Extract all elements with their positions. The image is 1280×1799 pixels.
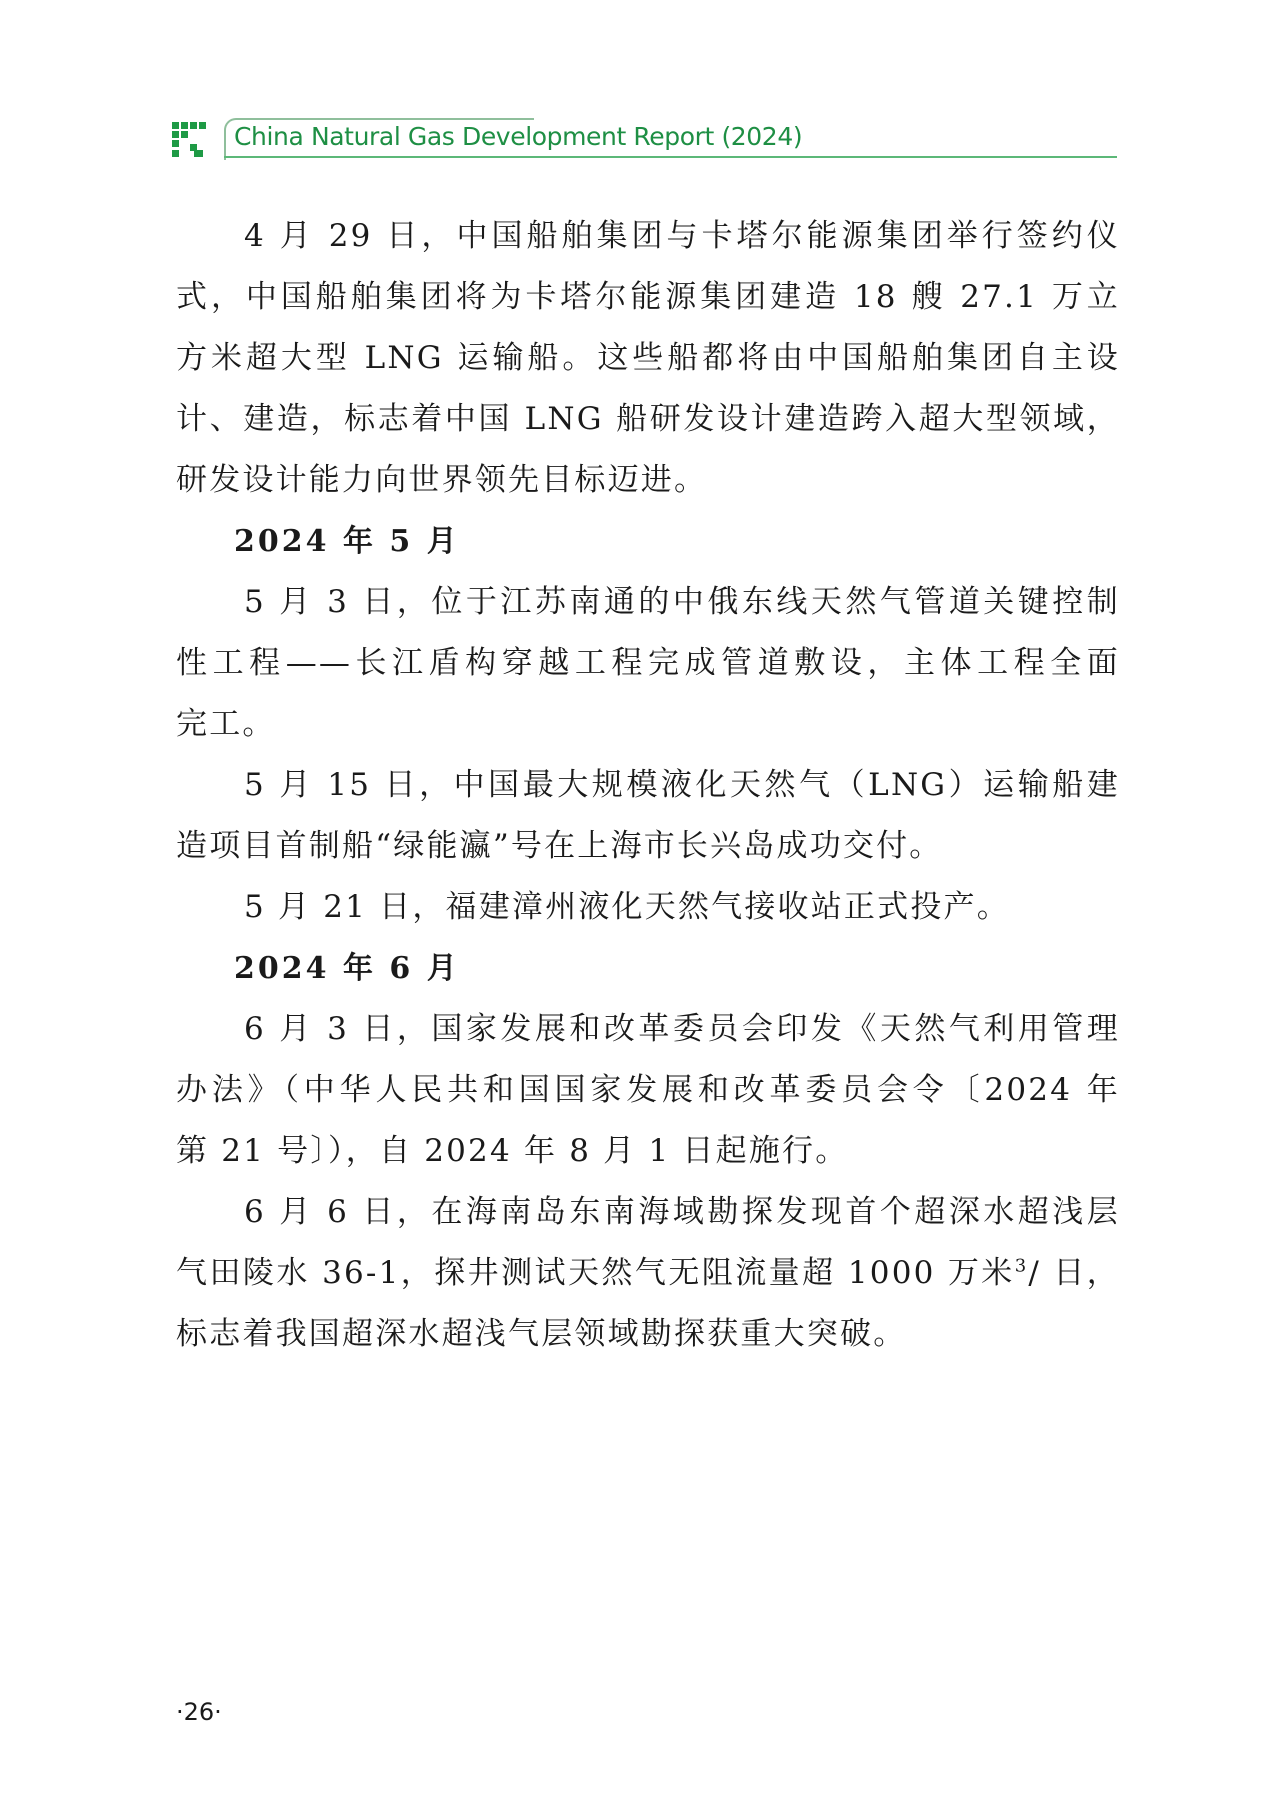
page-number: ·26· [176, 1698, 222, 1726]
section-heading-june-2024: 2024 年 6 月 [176, 938, 1120, 999]
page-content: 4 月 29 日，中国船舶集团与卡塔尔能源集团举行签约仪 式，中国船舶集团将为卡… [176, 206, 1120, 1365]
text-line: 5 月 21 日，福建漳州液化天然气接收站正式投产。 [176, 877, 1120, 938]
text-segment: 气田陵水 36-1，探井测试天然气无阻流量超 1000 万米 [176, 1255, 1015, 1291]
paragraph-apr-29: 4 月 29 日，中国船舶集团与卡塔尔能源集团举行签约仪 式，中国船舶集团将为卡… [176, 206, 1120, 511]
superscript-cubic: 3 [1015, 1256, 1029, 1277]
report-logo-icon [172, 122, 208, 158]
running-header: China Natural Gas Development Report (20… [172, 118, 1117, 160]
text-line: 计、建造，标志着中国 LNG 船研发设计建造跨入超大型领域， [176, 389, 1120, 450]
text-line: 5 月 15 日，中国最大规模液化天然气（LNG）运输船建 [176, 755, 1120, 816]
text-line: 造项目首制船“绿能瀛”号在上海市长兴岛成功交付。 [176, 816, 1120, 877]
document-page: China Natural Gas Development Report (20… [0, 0, 1280, 1799]
text-line: 方米超大型 LNG 运输船。这些船都将由中国船舶集团自主设 [176, 328, 1120, 389]
paragraph-may-15: 5 月 15 日，中国最大规模液化天然气（LNG）运输船建 造项目首制船“绿能瀛… [176, 755, 1120, 877]
text-line: 完工。 [176, 694, 1120, 755]
header-divider [224, 156, 1117, 158]
text-line: 第 21 号〕），自 2024 年 8 月 1 日起施行。 [176, 1121, 1120, 1182]
text-line: 式，中国船舶集团将为卡塔尔能源集团建造 18 艘 27.1 万立 [176, 267, 1120, 328]
text-line: 研发设计能力向世界领先目标迈进。 [176, 450, 1120, 511]
section-heading-may-2024: 2024 年 5 月 [176, 511, 1120, 572]
text-line: 4 月 29 日，中国船舶集团与卡塔尔能源集团举行签约仪 [176, 206, 1120, 267]
text-segment: / 日， [1028, 1255, 1120, 1291]
report-title: China Natural Gas Development Report (20… [234, 122, 802, 151]
text-line: 6 月 6 日，在海南岛东南海域勘探发现首个超深水超浅层 [176, 1182, 1120, 1243]
text-line-with-unit: 气田陵水 36-1，探井测试天然气无阻流量超 1000 万米3/ 日， [176, 1243, 1120, 1304]
text-line: 6 月 3 日，国家发展和改革委员会印发《天然气利用管理 [176, 999, 1120, 1060]
text-line: 办法》（中华人民共和国国家发展和改革委员会令〔2024 年 [176, 1060, 1120, 1121]
text-line: 性工程——长江盾构穿越工程完成管道敷设，主体工程全面 [176, 633, 1120, 694]
paragraph-june-3: 6 月 3 日，国家发展和改革委员会印发《天然气利用管理 办法》（中华人民共和国… [176, 999, 1120, 1182]
text-line: 5 月 3 日，位于江苏南通的中俄东线天然气管道关键控制 [176, 572, 1120, 633]
paragraph-may-3: 5 月 3 日，位于江苏南通的中俄东线天然气管道关键控制 性工程——长江盾构穿越… [176, 572, 1120, 755]
paragraph-june-6: 6 月 6 日，在海南岛东南海域勘探发现首个超深水超浅层 气田陵水 36-1，探… [176, 1182, 1120, 1365]
text-line: 标志着我国超深水超浅气层领域勘探获重大突破。 [176, 1304, 1120, 1365]
paragraph-may-21: 5 月 21 日，福建漳州液化天然气接收站正式投产。 [176, 877, 1120, 938]
